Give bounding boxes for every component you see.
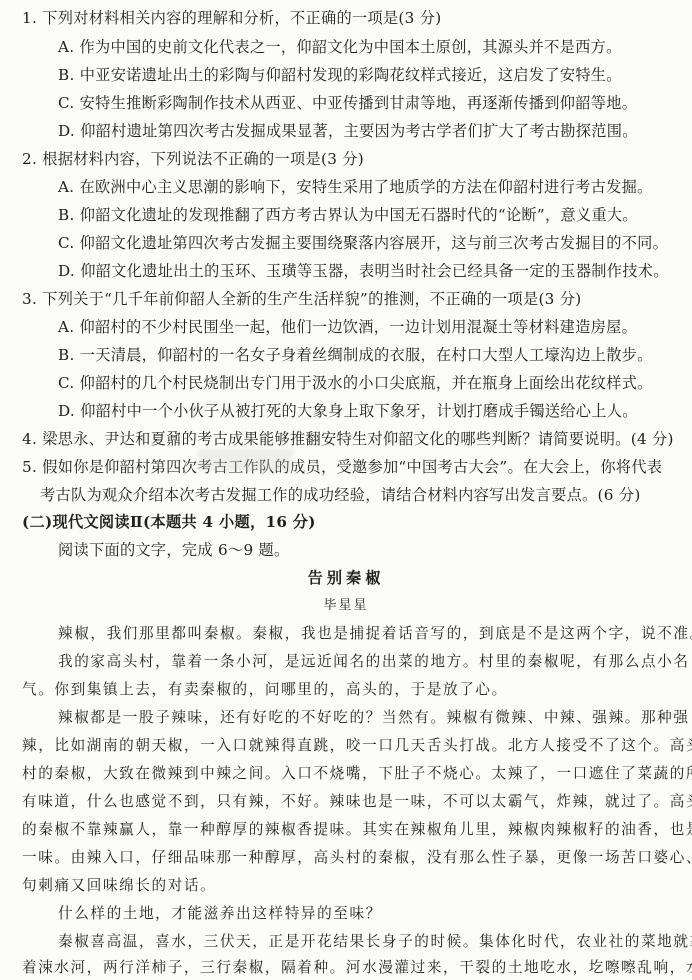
question-3-option-d: D. 仰韶村中一个小伙子从被打死的大象身上取下象牙，计划打磨成手镯送给心上人。 [58, 401, 638, 421]
question-3-option-c: C. 仰韶村的几个村民烧制出专门用于汲水的小口尖底瓶，并在瓶身上面绘出花纹样式。 [58, 373, 653, 393]
article-line: 句刺痛又回味绵长的对话。 [22, 876, 216, 896]
section-heading: (二)现代文阅读Ⅱ(本题共 4 小题，16 分) [22, 512, 316, 532]
article-line: 辣椒，我们那里都叫秦椒。秦椒，我也是捕捉着话音写的，到底是不是这两个字，说不准。 [58, 624, 692, 644]
question-4-stem: 4. 梁思永、尹达和夏鼐的考古成果能够推翻安特生对仰韶文化的哪些判断？请简要说明… [22, 429, 674, 449]
question-3-option-b: B. 一天清晨，仰韶村的一名女子身着丝绸制成的衣服，在村口大型人工壕沟边上散步。 [58, 345, 653, 365]
article-line: 一味。由辣入口，仔细品味那一种醇厚，高头村的秦椒，没有那么性子暴，更像一场苦口婆… [22, 848, 692, 868]
article-line: 村的秦椒，大致在微辣到中辣之间。入口不烧嘴，下肚子不烧心。太辣了，一口遮住了菜蔬… [22, 764, 692, 784]
question-2-stem: 2. 根据材料内容，下列说法不正确的一项是(3 分) [22, 149, 364, 169]
article-title: 告别秦椒 [0, 568, 692, 588]
question-1-stem: 1. 下列对材料相关内容的理解和分析，不正确的一项是(3 分) [22, 8, 441, 28]
scan-smudge [198, 449, 293, 471]
question-1-option-c: C. 安特生推断彩陶制作技术从西亚、中亚传播到甘肃等地，再逐渐传播到仰韶等地。 [58, 93, 637, 113]
article-line: 秦椒喜高温，喜水，三伏天，正是开花结果长身子的时候。集体化时代，农业社的菜地就靠 [58, 932, 692, 952]
article-line: 什么样的土地，才能滋养出这样特异的至味？ [58, 904, 382, 924]
article-line: 有味道，什么也感觉不到，只有辣，不好。辣味也是一味，不可以太霸气，炸辣，就过了。… [22, 792, 692, 812]
article-author: 毕星星 [0, 596, 692, 616]
article-line: 的秦椒不靠辣赢人，靠一种醇厚的辣椒香提味。其实在辣椒角儿里，辣椒肉辣椒籽的油香，… [22, 820, 692, 840]
article-line: 我的家高头村，靠着一条小河，是远近闻名的出菜的地方。村里的秦椒呢，有那么点小名 [58, 652, 690, 672]
section-instruction: 阅读下面的文字，完成 6～9 题。 [58, 540, 290, 560]
question-3-stem: 3. 下列关于“几千年前仰韶人全新的生产生活样貌”的推测，不正确的一项是(3 分… [22, 289, 582, 309]
question-5-continuation: 考古队为观众介绍本次考古发掘工作的成功经验，请结合材料内容写出发言要点。(6 分… [40, 485, 641, 505]
question-2-option-c: C. 仰韶文化遗址第四次考古发掘主要围绕聚落内容展开，这与前三次考古发掘目的不同… [58, 233, 668, 253]
question-5-stem: 5. 假如你是仰韶村第四次考古工作队的成员，受邀参加“中国考古大会”。在大会上，… [22, 457, 662, 477]
question-1-option-b: B. 中亚安诺遗址出土的彩陶与仰韶村发现的彩陶花纹样式接近，这启发了安特生。 [58, 65, 622, 85]
article-line: 辣椒都是一股子辣味，还有好吃的不好吃的？当然有。辣椒有微辣、中辣、强辣。那种强 [58, 708, 690, 728]
exam-page: 1. 下列对材料相关内容的理解和分析，不正确的一项是(3 分) A. 作为中国的… [0, 0, 692, 980]
question-2-option-d: D. 仰韶文化遗址出土的玉环、玉璜等玉器，表明当时社会已经具备一定的玉器制作技术… [58, 261, 669, 281]
question-1-option-a: A. 作为中国的史前文化代表之一，仰韶文化为中国本土原创，其源头并不是西方。 [58, 37, 622, 57]
article-line: 着涑水河，两行洋柿子，三行秦椒，隔着种。河水漫灌过来，干裂的土地吃水，圪嚓嚓乱响… [22, 958, 692, 978]
question-2-option-b: B. 仰韶文化遗址的发现推翻了西方考古界认为中国无石器时代的“论断”，意义重大。 [58, 205, 638, 225]
question-2-option-a: A. 在欧洲中心主义思潮的影响下，安特生采用了地质学的方法在仰韶村进行考古发掘。 [58, 177, 653, 197]
article-line: 辣，比如湖南的朝天椒，一入口就辣得直跳，咬一口几天舌头打战。北方人接受不了这个。… [22, 736, 692, 756]
question-3-option-a: A. 仰韶村的不少村民围坐一起，他们一边饮酒，一边计划用混凝土等材料建造房屋。 [58, 317, 637, 337]
article-line: 气。你到集镇上去，有卖秦椒的，问哪里的，高头的，于是放了心。 [22, 680, 508, 700]
question-1-option-d: D. 仰韶村遗址第四次考古发掘成果显著，主要因为考古学者们扩大了考古勘探范围。 [58, 121, 638, 141]
